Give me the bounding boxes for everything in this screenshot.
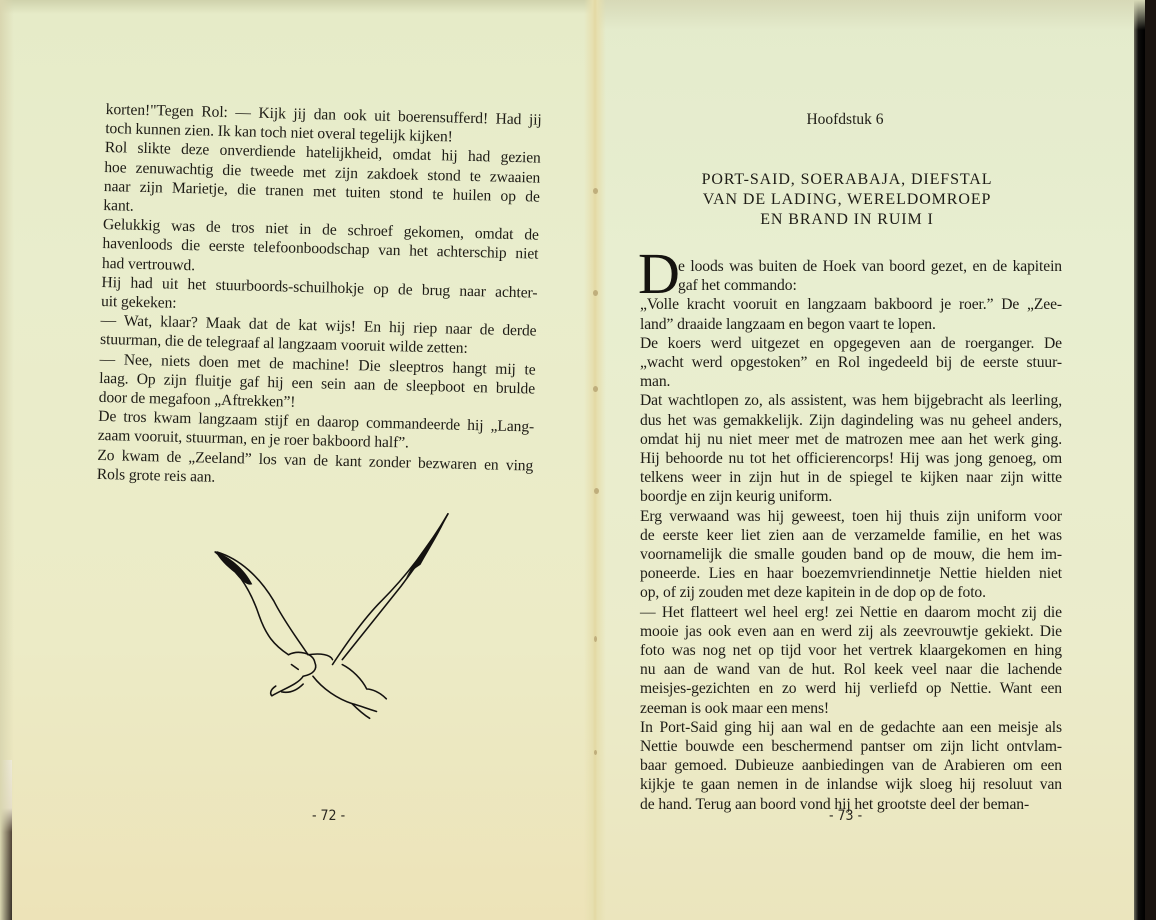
text-line: poneerde. Lies en haar boezemvriendinnet… xyxy=(640,564,1062,583)
stitch-mark xyxy=(594,750,597,755)
text-line: land” draaide langzaam en begon vaart te… xyxy=(640,315,1062,334)
text-line: Dat wachtlopen zo, als assistent, was he… xyxy=(640,391,1062,410)
text-line: foto was nog net op tijd voor het vertre… xyxy=(640,641,1062,660)
text-line: zeeman is ook maar een mens! xyxy=(640,699,1062,718)
top-shadow xyxy=(594,0,1145,30)
text-line: „Volle kracht vooruit en langzaam bakboo… xyxy=(640,295,1062,314)
text-line: telkens weer in zijn hut in de spiegel t… xyxy=(640,468,1062,487)
chapter-title-line: EN BRAND IN RUIM I xyxy=(672,210,1022,230)
text-line: — Het flatteert wel heel erg! zei Nettie… xyxy=(640,603,1062,622)
stitch-mark xyxy=(593,386,598,392)
stitch-mark xyxy=(594,636,597,642)
seagull-illustration-icon xyxy=(205,508,460,733)
text-line: mooie jas ook even aan en werd zij als z… xyxy=(640,622,1062,641)
chapter-title: PORT-SAID, SOERABAJA, DIEFSTAL VAN DE LA… xyxy=(672,170,1022,230)
chapter-title-line: PORT-SAID, SOERABAJA, DIEFSTAL xyxy=(672,170,1022,190)
stitch-mark xyxy=(594,488,599,494)
text-line: In Port-Said ging hij aan wal en de geda… xyxy=(640,718,1062,737)
text-line: e loods was buiten de Hoek van boord gez… xyxy=(640,257,1062,276)
right-page-body: e loods was buiten de Hoek van boord gez… xyxy=(640,257,1062,814)
text-line: nu aan de wand van de hut. Rol keek veel… xyxy=(640,660,1062,679)
text-line: Nettie bouwde een beschermend pantser om… xyxy=(640,737,1062,756)
chapter-label: Hoofdstuk 6 xyxy=(740,111,950,129)
text-line: Hij behoorde nu tot het officierencorps!… xyxy=(640,449,1062,468)
chapter-title-line: VAN DE LADING, WERELDOMROEP xyxy=(672,190,1022,210)
text-line: De koers werd uitgezet en opgegeven aan … xyxy=(640,334,1062,353)
page-number-left: - 72 - xyxy=(312,808,345,824)
text-line: op, of zij zouden met deze kapitein in d… xyxy=(640,583,1062,602)
stitch-mark xyxy=(593,290,598,296)
left-page-body: korten!"Tegen Rol: — Kijk jij dan ook ui… xyxy=(97,100,542,495)
text-line: man. xyxy=(640,372,1062,391)
text-line: „wacht werd opgestoken” en Rol ingedeeld… xyxy=(640,353,1062,372)
left-page-edge xyxy=(0,760,12,920)
text-line: voornamelijk die smalle gouden band op d… xyxy=(640,545,1062,564)
text-line: boordje en zijn keurig uniform. xyxy=(640,487,1062,506)
right-page-edge xyxy=(1134,0,1145,920)
text-line: gaf het commando: xyxy=(640,276,1062,295)
text-line: kijkje te gaan nemen in de inlandse wijk… xyxy=(640,775,1062,794)
first-paragraph: e loods was buiten de Hoek van boord gez… xyxy=(640,257,1062,295)
text-line: Erg verwaand was hij geweest, toen hij t… xyxy=(640,507,1062,526)
text-line: meisjes-gezichten en zo werd hij verlief… xyxy=(640,679,1062,698)
stitch-mark xyxy=(593,188,598,194)
book-spread: korten!"Tegen Rol: — Kijk jij dan ook ui… xyxy=(0,0,1156,920)
text-line: dus het was gemakkelijk. Zijn dagindelin… xyxy=(640,411,1062,430)
page-number-right: - 73 - xyxy=(829,808,862,824)
text-line: baar gemoed. Dubieuze aanbiedingen van d… xyxy=(640,756,1062,775)
text-line: omdat hij nu niet meer met de matrozen m… xyxy=(640,430,1062,449)
text-line: de eerste keer liet zien aan de verzamel… xyxy=(640,526,1062,545)
binding-stitch-marks xyxy=(586,0,606,920)
